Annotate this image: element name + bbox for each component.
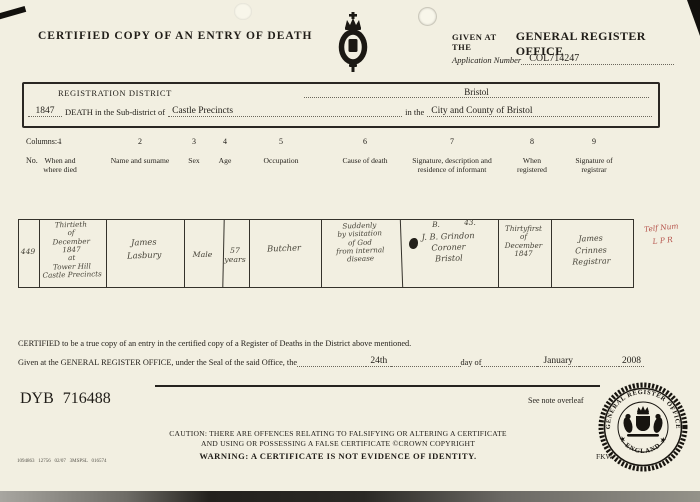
entry-registrar: James Crinnes Registrar bbox=[549, 232, 632, 270]
registration-district-box: REGISTRATION DISTRICT Bristol 1847 DEATH… bbox=[22, 82, 660, 128]
svg-text:★ ENGLAND ★: ★ ENGLAND ★ bbox=[617, 435, 668, 455]
col-label-informant: Signature, description and residence of … bbox=[390, 156, 514, 174]
caution-line1: CAUTION: THERE ARE OFFENCES RELATING TO … bbox=[118, 429, 558, 438]
serial-value: 716488 bbox=[63, 390, 111, 408]
col-num-8: 8 bbox=[517, 137, 547, 146]
death-in-subdistrict-line: 1847 DEATH in the Sub-district of Castle… bbox=[28, 106, 652, 117]
col-num-3: 3 bbox=[179, 137, 209, 146]
sub-district-value: Castle Precincts bbox=[168, 106, 402, 117]
day-of-label: day of bbox=[461, 358, 482, 367]
dotted-leader bbox=[579, 356, 619, 367]
col-num-7: 7 bbox=[437, 137, 467, 146]
entry-when-where-died: Thirtieth of December 1847 at Tower Hill… bbox=[37, 220, 106, 280]
col-num-1: 1 bbox=[45, 137, 75, 146]
registration-district-label: REGISTRATION DISTRICT bbox=[58, 88, 172, 98]
col-num-2: 2 bbox=[125, 137, 155, 146]
in-the-label: in the bbox=[402, 107, 427, 117]
dotted-leader bbox=[481, 356, 537, 367]
given-line-prefix: Given at the GENERAL REGISTER OFFICE, un… bbox=[18, 358, 297, 367]
dotted-leader bbox=[297, 356, 366, 367]
margin-note-red: Telf Num L P R bbox=[633, 219, 691, 250]
application-number-line: Application Number COL714247 bbox=[452, 53, 674, 65]
col-label-age: Age bbox=[210, 156, 240, 165]
col-label-occupation: Occupation bbox=[241, 156, 321, 165]
scan-edge-bottom bbox=[0, 491, 700, 502]
dotted-leader bbox=[391, 356, 460, 367]
application-number-value: COL714247 bbox=[521, 53, 674, 65]
entry-name: James Lasbury bbox=[105, 235, 184, 263]
seal-coat-of-arms bbox=[622, 406, 664, 437]
district-name: Bristol bbox=[464, 87, 489, 97]
entry-informant-mark-left: B. bbox=[428, 221, 444, 230]
death-line-prefix: DEATH in the Sub-district of bbox=[62, 107, 168, 117]
page-title: CERTIFIED COPY OF AN ENTRY OF DEATH bbox=[38, 30, 312, 42]
entry-year: 1847 bbox=[28, 106, 62, 117]
application-number-label: Application Number bbox=[452, 55, 521, 65]
col-label-when-registered: When registered bbox=[507, 156, 557, 174]
given-at-prefix: GIVEN AT THE bbox=[452, 32, 511, 52]
col-num-6: 6 bbox=[350, 137, 380, 146]
caution-line2: AND USING OR POSSESSING A FALSE CERTIFIC… bbox=[118, 439, 558, 448]
issue-day: 24th bbox=[366, 356, 391, 367]
warning-line: WARNING: A CERTIFICATE IS NOT EVIDENCE O… bbox=[118, 451, 558, 461]
col-num-4: 4 bbox=[210, 137, 240, 146]
death-certificate-scan: CERTIFIED COPY OF AN ENTRY OF DEATH GIVE… bbox=[0, 0, 700, 502]
hole-punch-right bbox=[418, 7, 437, 26]
entry-no: 449 bbox=[18, 248, 38, 257]
royal-arms-icon bbox=[336, 11, 370, 75]
col-num-5: 5 bbox=[266, 137, 296, 146]
entry-informant-mark-right: 43. bbox=[462, 219, 478, 228]
serial-prefix: DYB bbox=[20, 390, 54, 408]
given-at-seal-line: Given at the GENERAL REGISTER OFFICE, un… bbox=[18, 356, 644, 367]
seal-bottom-text: ★ ENGLAND ★ bbox=[617, 435, 668, 455]
col-label-name-surname: Name and surname bbox=[92, 156, 188, 165]
scan-mark-top-right bbox=[687, 0, 700, 36]
see-note-overleaf: See note overleaf bbox=[528, 396, 584, 405]
print-code: 1094863 12756 02/07 3MSPSL 016574 bbox=[17, 459, 107, 464]
hole-punch-left bbox=[234, 3, 252, 20]
col-label-when-where-died: When and where died bbox=[30, 156, 90, 174]
issue-month: January bbox=[537, 356, 579, 367]
col-label-signature-registrar: Signature of registrar bbox=[564, 156, 624, 174]
county-value: City and County of Bristol bbox=[427, 106, 652, 117]
entry-age: 57 years bbox=[220, 246, 250, 264]
col-num-9: 9 bbox=[579, 137, 609, 146]
separator-rule bbox=[155, 385, 600, 387]
scan-mark-top-left bbox=[0, 6, 26, 20]
gro-seal-icon: GENERAL REGISTER OFFICE ★ ENGLAND ★ bbox=[597, 381, 689, 473]
entry-sex: Male bbox=[183, 250, 222, 259]
certified-statement: CERTIFIED to be a true copy of an entry … bbox=[18, 339, 648, 348]
registration-district-value: Bristol bbox=[304, 87, 649, 98]
entry-when-registered: Thirtyfirst of December 1847 bbox=[497, 225, 550, 258]
entry-cause-of-death: Suddenly by visitation of God from inter… bbox=[319, 221, 400, 265]
col-label-sex: Sex bbox=[179, 156, 209, 165]
issue-year: 2008 bbox=[619, 356, 644, 367]
serial-number-block: DYB 716488 bbox=[20, 390, 111, 408]
